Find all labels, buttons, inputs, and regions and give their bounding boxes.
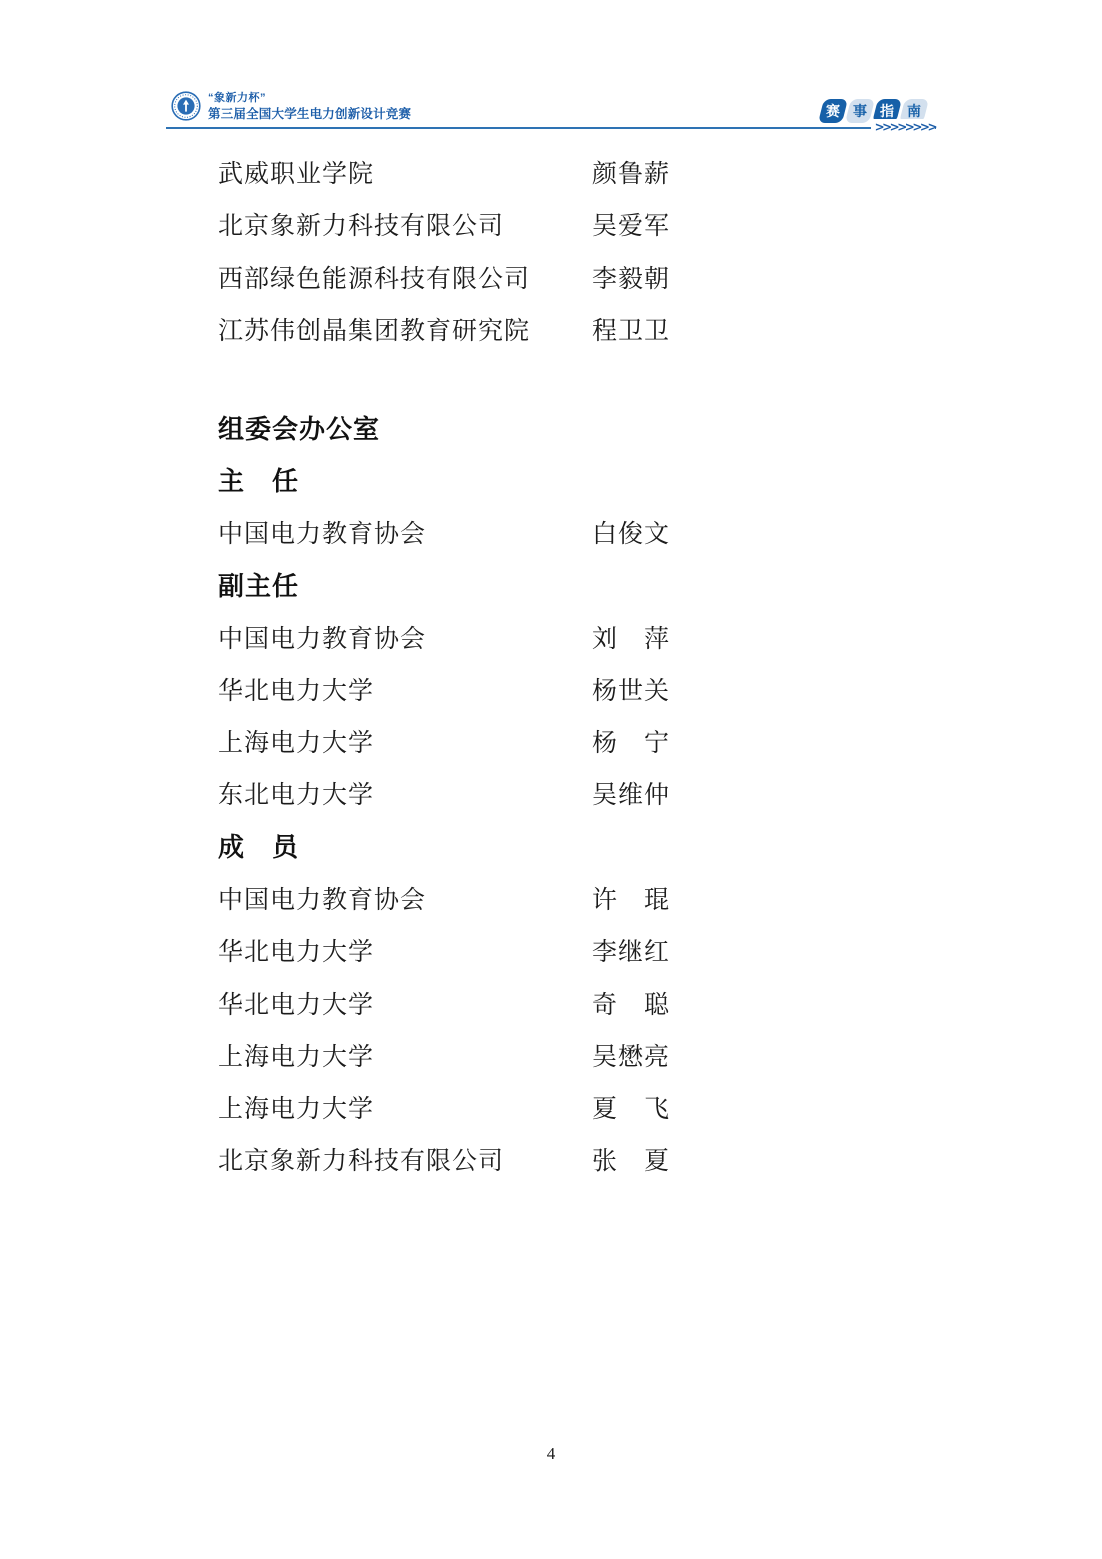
section-heading: 副主任 [218, 558, 818, 610]
person-name: 程卫卫 [592, 311, 670, 347]
organization-name: 北京象新力科技有限公司 [218, 1141, 592, 1177]
organization-name: 华北电力大学 [218, 985, 592, 1021]
chevron-arrows-icon: >>>>>>>> [871, 119, 935, 135]
member-row: 上海电力大学吴懋亮 [218, 1029, 818, 1081]
member-row: 东北电力大学吴维仲 [218, 767, 818, 819]
section-heading: 组委会办公室 [218, 401, 818, 453]
person-name: 白俊文 [592, 514, 670, 550]
member-row: 上海电力大学夏 飞 [218, 1081, 818, 1133]
competition-cup-title: “象新力杯” [208, 92, 411, 105]
member-row: 中国电力教育协会许 琨 [218, 872, 818, 924]
member-row: 武威职业学院颜鲁薪 [218, 146, 818, 198]
organization-name: 上海电力大学 [218, 1089, 592, 1125]
document-page: “象新力杯” 第三届全国大学生电力创新设计竞赛 赛事指南 >>>>>>>> 武威… [0, 0, 1102, 1559]
organization-name: 中国电力教育协会 [218, 514, 592, 550]
organization-name: 武威职业学院 [218, 154, 592, 190]
person-name: 李继红 [592, 932, 670, 968]
section-heading: 成 员 [218, 820, 818, 872]
section-heading: 主 任 [218, 453, 818, 505]
person-name: 吴懋亮 [592, 1037, 670, 1073]
member-row: 中国电力教育协会白俊文 [218, 506, 818, 558]
member-row: 上海电力大学杨 宁 [218, 715, 818, 767]
organization-name: 上海电力大学 [218, 723, 592, 759]
person-name: 刘 萍 [592, 619, 670, 655]
committee-list: 武威职业学院颜鲁薪北京象新力科技有限公司吴爱军西部绿色能源科技有限公司李毅朝江苏… [218, 146, 818, 1186]
organization-name: 华北电力大学 [218, 932, 592, 968]
person-name: 奇 聪 [592, 985, 670, 1021]
person-name: 张 夏 [592, 1141, 670, 1177]
person-name: 李毅朝 [592, 259, 670, 295]
organization-name: 中国电力教育协会 [218, 619, 592, 655]
guide-badge-label: 赛 [826, 101, 840, 121]
organization-name: 江苏伟创晶集团教育研究院 [218, 311, 592, 347]
member-row: 西部绿色能源科技有限公司李毅朝 [218, 251, 818, 303]
organization-name: 东北电力大学 [218, 775, 592, 811]
guide-badge-label: 南 [907, 101, 921, 121]
person-name: 许 琨 [592, 880, 670, 916]
member-row: 北京象新力科技有限公司吴爱军 [218, 198, 818, 250]
section-spacer [218, 355, 818, 401]
member-row: 江苏伟创晶集团教育研究院程卫卫 [218, 303, 818, 355]
member-row: 华北电力大学李继红 [218, 924, 818, 976]
member-row: 中国电力教育协会刘 萍 [218, 610, 818, 662]
person-name: 夏 飞 [592, 1089, 670, 1125]
member-row: 华北电力大学奇 聪 [218, 976, 818, 1028]
member-row: 华北电力大学杨世关 [218, 663, 818, 715]
person-name: 颜鲁薪 [592, 154, 670, 190]
competition-logo-icon [171, 91, 201, 121]
header-titles: “象新力杯” 第三届全国大学生电力创新设计竞赛 [208, 92, 411, 121]
member-row: 北京象新力科技有限公司张 夏 [218, 1133, 818, 1185]
organization-name: 中国电力教育协会 [218, 880, 592, 916]
person-name: 杨 宁 [592, 723, 670, 759]
organization-name: 华北电力大学 [218, 671, 592, 707]
person-name: 杨世关 [592, 671, 670, 707]
page-number: 4 [0, 1444, 1102, 1464]
guide-badge-label: 事 [853, 101, 867, 121]
guide-badge-label: 指 [880, 101, 894, 121]
organization-name: 西部绿色能源科技有限公司 [218, 259, 592, 295]
competition-full-title: 第三届全国大学生电力创新设计竞赛 [208, 107, 411, 121]
organization-name: 上海电力大学 [218, 1037, 592, 1073]
person-name: 吴爱军 [592, 206, 670, 242]
person-name: 吴维仲 [592, 775, 670, 811]
guide-badge: 赛 [818, 99, 848, 123]
header-divider [166, 127, 936, 129]
organization-name: 北京象新力科技有限公司 [218, 206, 592, 242]
